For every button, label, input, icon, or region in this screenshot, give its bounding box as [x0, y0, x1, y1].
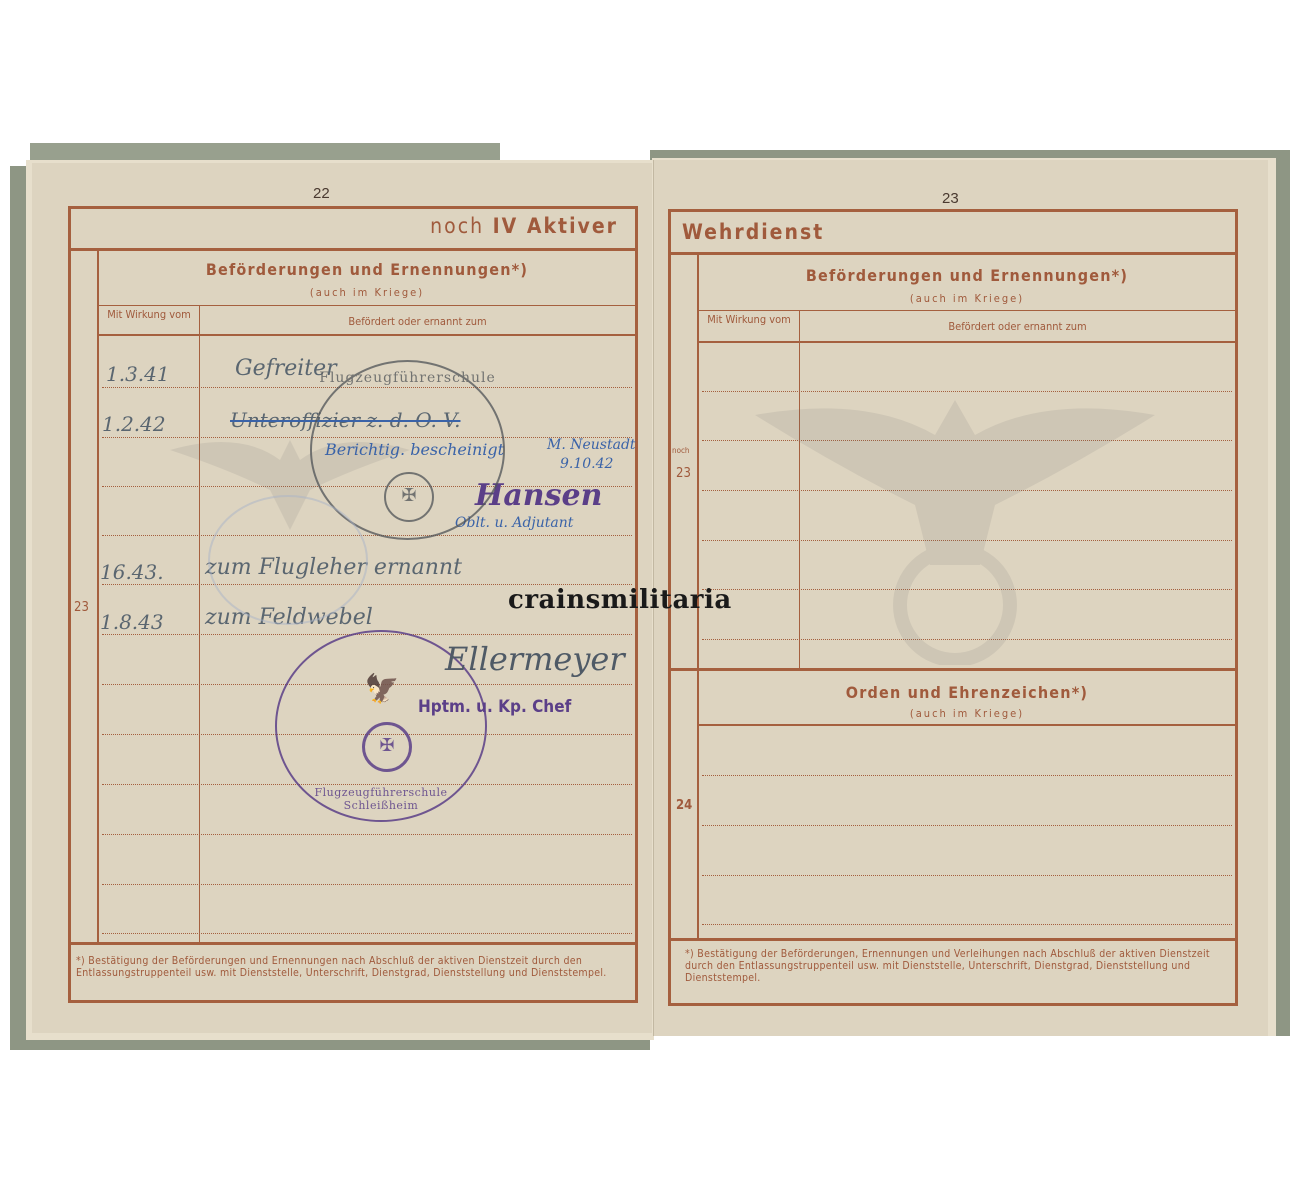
right-row-number: 23 — [676, 466, 691, 481]
right-header-title: Wehrdienst — [682, 220, 824, 244]
left-colhead-top — [99, 305, 635, 306]
left-colhead-rank: Befördert oder ernannt zum — [200, 315, 635, 328]
right-header-divider — [668, 252, 1238, 255]
right-section2-divider — [668, 668, 1238, 671]
left-header-main: IV Aktiver — [493, 214, 618, 238]
row-line — [702, 924, 1232, 925]
right-section2-title: Orden und Ehrenzeichen*) — [699, 683, 1235, 702]
right-section-subtitle: (auch im Kriege) — [699, 292, 1235, 305]
watermark-text: crainsmilitaria — [508, 585, 732, 615]
right-colhead-top — [699, 310, 1235, 311]
entry-date-1: 1.3.41 — [106, 362, 170, 386]
right-section2-subtitle: (auch im Kriege) — [699, 707, 1235, 720]
stamp-1-emblem-icon: ✠ — [384, 472, 434, 522]
left-header-title: noch IV Aktiver — [430, 214, 618, 238]
right-colhead-rank: Befördert oder ernannt zum — [800, 320, 1235, 333]
right-footnote: *) Bestätigung der Beförderungen, Ernenn… — [685, 948, 1225, 984]
left-date-column-divider — [199, 305, 200, 943]
row-line — [702, 825, 1232, 826]
page-number-right: 23 — [942, 190, 959, 207]
left-row-number-column — [97, 250, 99, 943]
row-line — [102, 884, 632, 885]
left-header-divider — [68, 248, 638, 251]
page-number-left: 22 — [313, 185, 330, 202]
row-line — [102, 933, 632, 934]
entry-date-3: 16.43. — [100, 560, 164, 584]
left-footnote: *) Bestätigung der Beförderungen und Ern… — [76, 955, 632, 979]
right-section2-head-bottom — [699, 724, 1235, 726]
company-chief-title: Hptm. u. Kp. Chef — [418, 697, 571, 717]
confirmation-place: M. Neustadt — [547, 437, 636, 453]
stamp-2-emblem-icon: ✠ — [362, 722, 412, 772]
faded-stamp — [208, 495, 368, 625]
stamp-2-eagle-icon: 🦅 — [337, 672, 427, 712]
stamp-1-text: Flugzeugführerschule — [312, 370, 503, 386]
row-line — [702, 391, 1232, 392]
left-footnote-divider — [68, 942, 638, 945]
row-line — [102, 834, 632, 835]
signature-company-chief: Ellermeyer — [445, 640, 625, 678]
left-header-prefix: noch — [430, 214, 484, 238]
right-section-title: Beförderungen und Ernennungen*) — [699, 266, 1235, 285]
left-colhead-bottom — [99, 334, 635, 336]
confirmation-date: 9.10.42 — [560, 456, 613, 472]
right-colhead-date: Mit Wirkung vom — [699, 313, 799, 326]
row-line — [702, 775, 1232, 776]
left-section-subtitle: (auch im Kriege) — [99, 286, 635, 299]
entry-date-2: 1.2.42 — [102, 412, 166, 436]
entry-date-4: 1.8.43 — [100, 610, 164, 634]
right-row-prefix: noch — [672, 446, 689, 455]
eagle-emblem-watermark-right — [745, 395, 1165, 665]
right-colhead-bottom — [699, 341, 1235, 343]
left-colhead-date: Mit Wirkung vom — [99, 308, 199, 321]
left-section-title: Beförderungen und Ernennungen*) — [99, 260, 635, 279]
adjutant-rank: Oblt. u. Adjutant — [455, 515, 573, 531]
right-row2-number: 24 — [676, 798, 692, 813]
stamp-2-text: Flugzeugführerschule Schleißheim — [277, 786, 485, 812]
right-footnote-divider — [668, 938, 1238, 941]
row-line — [702, 875, 1232, 876]
left-row-number: 23 — [74, 600, 89, 615]
